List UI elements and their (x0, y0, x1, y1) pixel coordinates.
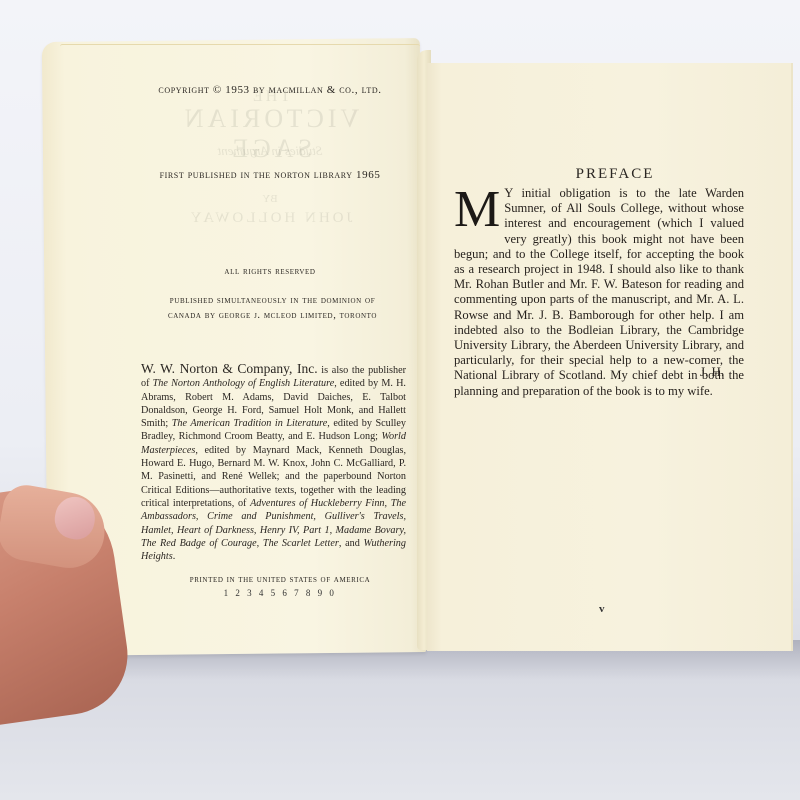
simultaneous-line-1: Published simultaneously in the Dominion… (130, 293, 415, 308)
show-through-subtitle: Studies in Argument (140, 143, 400, 159)
printed-in-line: Printed in the United States of America (160, 574, 400, 585)
preface-heading: PREFACE (470, 166, 760, 183)
show-through-author: JOHN HOLLOWAY (140, 210, 400, 227)
printing-number-line: 1 2 3 4 5 6 7 8 9 0 (160, 588, 400, 598)
blurb-title: The Norton Anthology of English Literatu… (153, 378, 335, 389)
copyright-line: Copyright © 1953 by Macmillan & Co., Ltd… (130, 84, 410, 96)
simultaneous-line-2: Canada by George J. McLeod Limited, Toro… (130, 308, 415, 323)
blurb-text: , and (339, 538, 364, 549)
left-page-edge (60, 44, 420, 49)
first-published-line: First published in the Norton Library 19… (130, 169, 410, 181)
norton-publisher-blurb: W. W. Norton & Company, Inc. is also the… (141, 362, 406, 563)
show-through-by: BY (140, 193, 400, 205)
simultaneous-publication: Published simultaneously in the Dominion… (130, 293, 415, 323)
page-number: v (599, 603, 605, 615)
blurb-text: . (173, 551, 176, 562)
blurb-title: The American Tradition in Literature (172, 418, 328, 429)
all-rights-reserved: All Rights Reserved (130, 266, 410, 277)
publisher-name: W. W. Norton & Company, Inc. (141, 361, 318, 376)
drop-cap: M (454, 188, 500, 232)
author-initials: J. H. (700, 364, 724, 380)
